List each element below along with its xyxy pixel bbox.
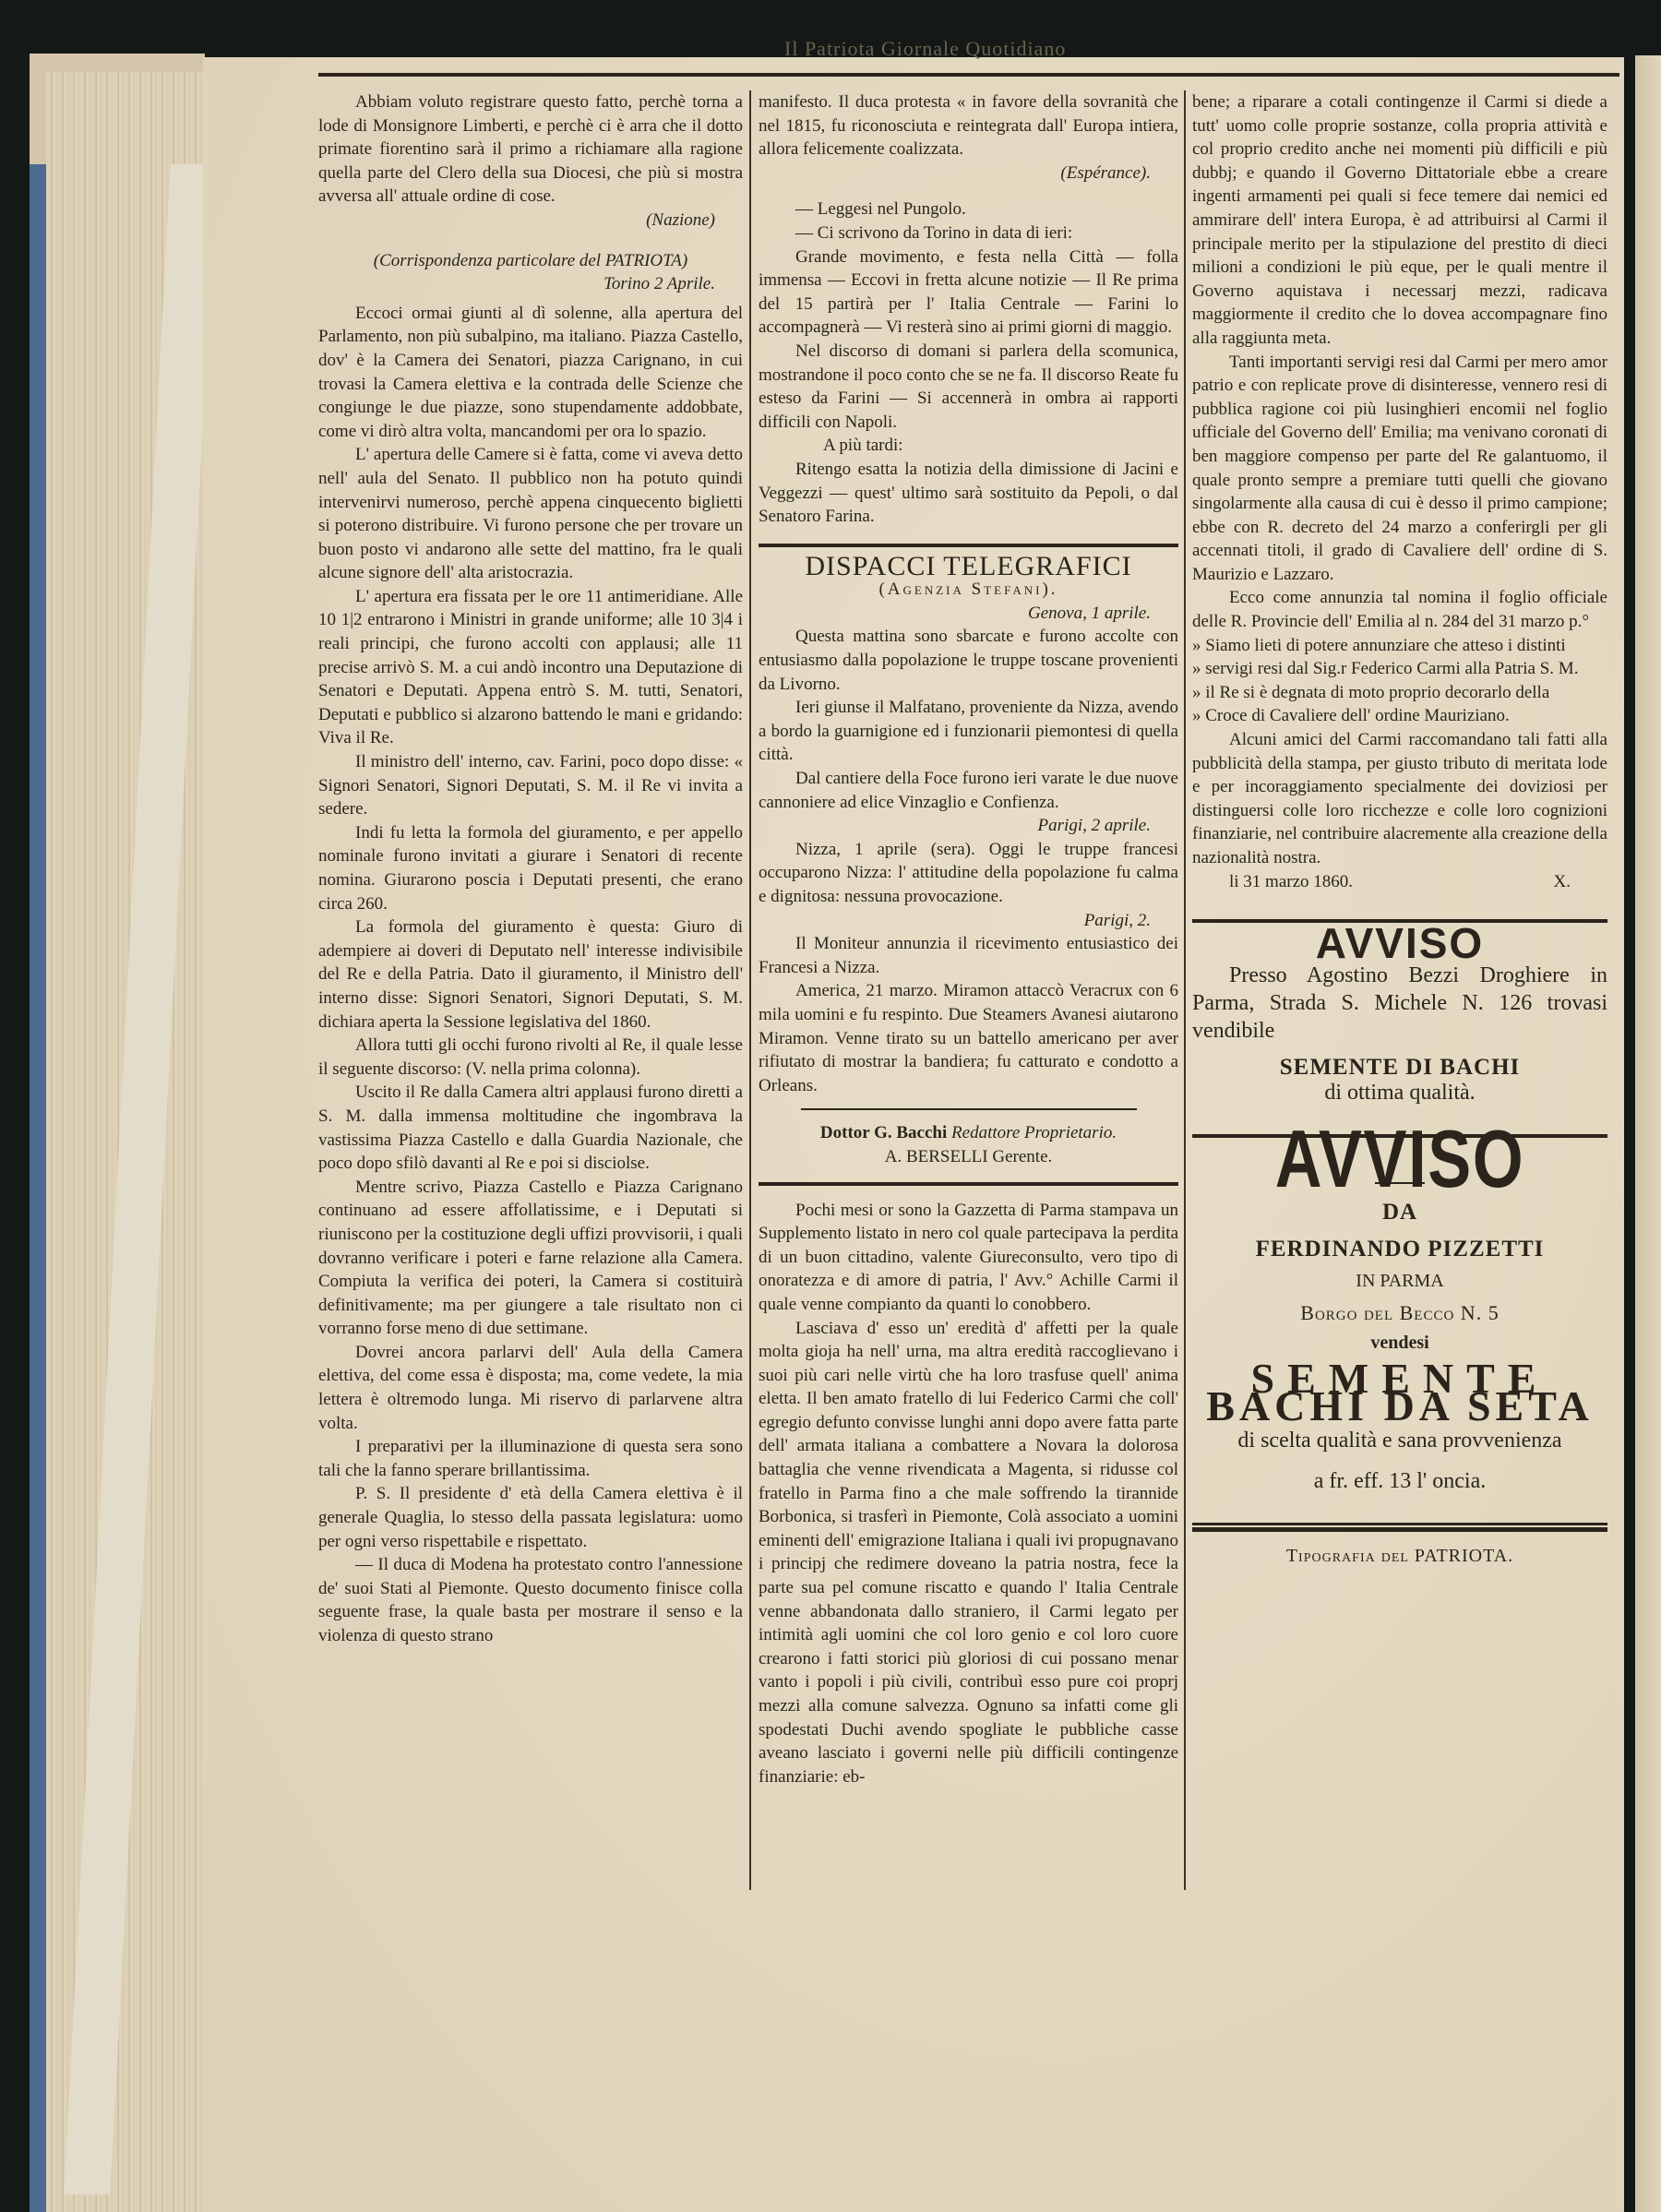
column-3: bene; a riparare a cotali contingenze il… — [1192, 90, 1607, 1569]
paragraph: Indi fu letta la formola del giuramento,… — [318, 821, 743, 915]
section-rule — [759, 1182, 1178, 1186]
column-2: manifesto. Il duca protesta « in favore … — [759, 90, 1178, 1788]
column-divider — [749, 90, 751, 1890]
agency-subheading: (Agenzia Stefani). — [759, 578, 1178, 602]
paragraph: Ritengo esatta la notizia della dimissio… — [759, 458, 1178, 529]
quote-line: » il Re si è degnata di moto proprio dec… — [1192, 681, 1607, 705]
ad-seller: FERDINANDO PIZZETTI — [1192, 1238, 1607, 1261]
editor-name: Dottor G. Bacchi — [820, 1123, 947, 1142]
quote-line: » servigi resi dal Sig.r Federico Carmi … — [1192, 657, 1607, 681]
correspondence-heading: (Corrispondenza particolare del PATRIOTA… — [318, 249, 743, 273]
paragraph: — Ci scrivono da Torino in data di ieri: — [759, 221, 1178, 245]
paragraph: Abbiam voluto registrare questo fatto, p… — [318, 90, 743, 209]
paragraph: Eccoci ormai giunti al dì solenne, alla … — [318, 302, 743, 444]
paragraph: L' apertura era fissata per le ore 11 an… — [318, 585, 743, 750]
double-rule — [1192, 1523, 1607, 1532]
dispatch-paragraph: Questa mattina sono sbarcate e furono ac… — [759, 625, 1178, 696]
signature-name: X. — [1517, 870, 1571, 894]
ad-quality: di ottima qualità. — [1192, 1079, 1607, 1106]
imprint: Tipografia del PATRIOTA. — [1192, 1545, 1607, 1569]
paragraph: Dovrei ancora parlarvi dell' Aula della … — [318, 1341, 743, 1435]
ad-title: AVVISO — [1192, 932, 1607, 956]
source-citation: (Espérance). — [759, 161, 1178, 185]
section-rule — [759, 544, 1178, 547]
ad-title: AVVISO — [1234, 1147, 1566, 1171]
ad-price: a fr. eff. 13 l' oncia. — [1192, 1467, 1607, 1495]
book-binding — [30, 54, 205, 2212]
paragraph: manifesto. Il duca protesta « in favore … — [759, 90, 1178, 161]
dateline: Torino 2 Aprile. — [318, 272, 743, 296]
paragraph: Alcuni amici del Carmi raccomandano tali… — [1192, 728, 1607, 870]
paragraph: Lasciava d' esso un' eredità d' affetti … — [759, 1317, 1178, 1789]
dispatch-paragraph: Il Moniteur annunzia il ricevimento entu… — [759, 932, 1178, 979]
paragraph: Tanti importanti servigi resi dal Carmi … — [1192, 351, 1607, 587]
paragraph: — Il duca di Modena ha protestato contro… — [318, 1553, 743, 1647]
ad-address: Borgo del Becco N. 5 — [1192, 1301, 1607, 1325]
paragraph: Uscito il Re dalla Camera altri applausi… — [318, 1081, 743, 1175]
paragraph: Il ministro dell' interno, cav. Farini, … — [318, 750, 743, 821]
editor-role: Redattore Proprietario. — [951, 1123, 1117, 1142]
quote-line: » Croce di Cavaliere dell' ordine Mauriz… — [1192, 704, 1607, 728]
paragraph: A più tardi: — [759, 434, 1178, 458]
ad-body: Presso Agostino Bezzi Droghiere in Parma… — [1192, 962, 1607, 1045]
separator-rule — [801, 1108, 1137, 1110]
paragraph: I preparativi per la illuminazione di qu… — [318, 1435, 743, 1482]
dispatch-paragraph: America, 21 marzo. Miramon attaccò Verac… — [759, 979, 1178, 1097]
dispacci-heading: DISPACCI TELEGRAFICI — [759, 555, 1178, 579]
ad-product: SEMENTE DI BACHI — [1192, 1056, 1607, 1080]
paragraph: Ecco come annunzia tal nomina il foglio … — [1192, 586, 1607, 633]
column-divider — [1184, 90, 1186, 1890]
dispatch-paragraph: Ieri giunse il Malfatano, proveniente da… — [759, 696, 1178, 767]
dateline: Parigi, 2. — [759, 909, 1178, 933]
paragraph: P. S. Il presidente d' età della Camera … — [318, 1482, 743, 1553]
paragraph: Allora tutti gli occhi furono rivolti al… — [318, 1034, 743, 1081]
dateline: Parigi, 2 aprile. — [759, 814, 1178, 838]
source-citation: (Nazione) — [318, 209, 743, 233]
next-page-edge — [1635, 55, 1661, 2212]
blue-cover-edge — [30, 164, 48, 2212]
top-rule — [318, 73, 1619, 77]
ad-vendesi: vendesi — [1192, 1332, 1607, 1356]
signature-line: li 31 marzo 1860. X. — [1192, 870, 1607, 894]
gerente-line: A. BERSELLI Gerente. — [759, 1145, 1178, 1169]
paragraph: Grande movimento, e festa nella Città — … — [759, 245, 1178, 340]
column-1: Abbiam voluto registrare questo fatto, p… — [318, 90, 743, 1648]
paragraph: Nel discorso di domani si parlera della … — [759, 340, 1178, 434]
advertisement-pizzetti: AVVISO DA FERDINANDO PIZZETTI IN PARMA B… — [1192, 1147, 1607, 1495]
paragraph: Mentre scrivo, Piazza Castello e Piazza … — [318, 1176, 743, 1341]
paragraph: Pochi mesi or sono la Gazzetta di Parma … — [759, 1199, 1178, 1317]
paragraph: — Leggesi nel Pungolo. — [759, 197, 1178, 221]
editor-line: Dottor G. Bacchi Redattore Proprietario. — [759, 1121, 1178, 1145]
paragraph: bene; a riparare a cotali contingenze il… — [1192, 90, 1607, 351]
dispatch-paragraph: Dal cantiere della Foce furono ieri vara… — [759, 767, 1178, 814]
advertisement-bezzi: AVVISO Presso Agostino Bezzi Droghiere i… — [1192, 932, 1607, 1106]
quote-line: » Siamo lieti di potere annunziare che a… — [1192, 634, 1607, 658]
ad-product-line2: BACHI DA SETA — [1192, 1394, 1607, 1418]
ad-quality: di scelta qualità e sana provvenienza — [1192, 1427, 1607, 1454]
ad-city: IN PARMA — [1192, 1270, 1607, 1294]
running-head: Il Patriota Giornale Quotidiano — [784, 37, 1066, 61]
dateline: Genova, 1 aprile. — [759, 602, 1178, 626]
signature-date: li 31 marzo 1860. — [1192, 870, 1353, 894]
paragraph: La formola del giuramento è questa: Giur… — [318, 915, 743, 1034]
dispatch-paragraph: Nizza, 1 aprile (sera). Oggi le truppe f… — [759, 838, 1178, 909]
paragraph: L' apertura delle Camere si è fatta, com… — [318, 443, 743, 585]
